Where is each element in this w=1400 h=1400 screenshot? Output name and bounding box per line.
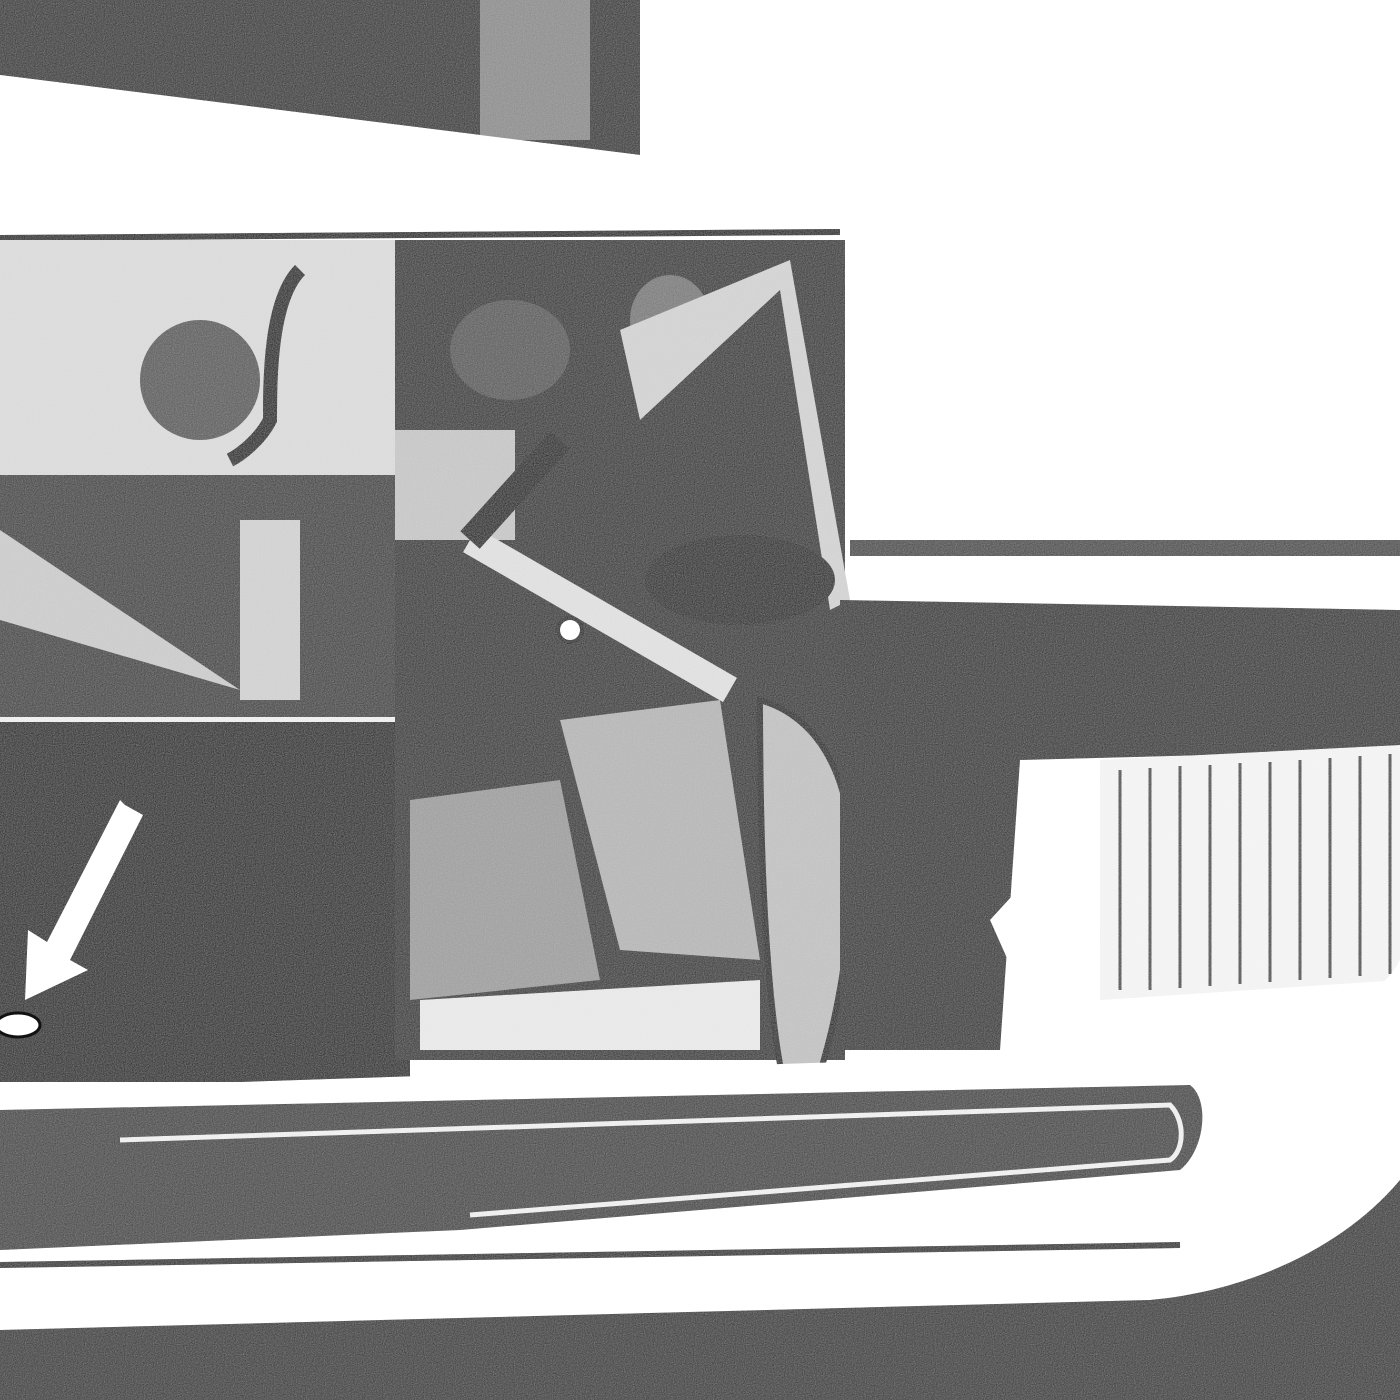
newspaper-photo (0, 0, 1400, 1400)
